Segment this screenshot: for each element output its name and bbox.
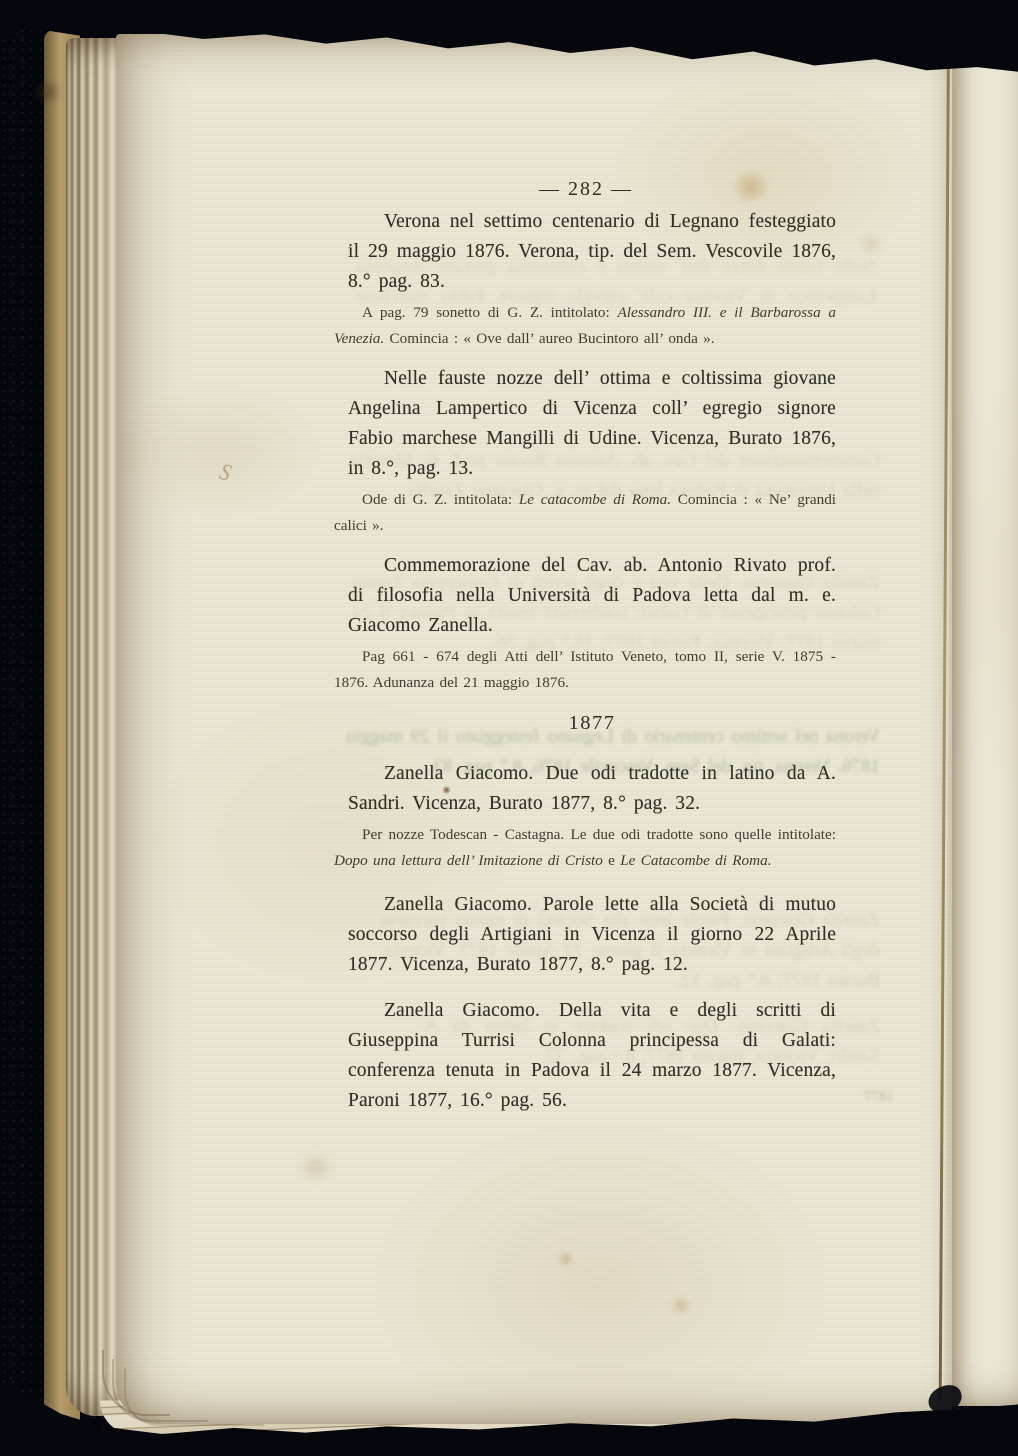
page-text-column: — 282 — Verona nel settimo centenario di… bbox=[348, 178, 836, 1116]
paper-stain bbox=[556, 1252, 576, 1266]
entry-nozze-lampertico: Nelle fauste nozze dell’ ottima e coltis… bbox=[348, 364, 836, 484]
note-text: e bbox=[603, 852, 620, 869]
book-page-282: Nelle fauste nozze dell’ ottima e coltis… bbox=[116, 34, 952, 1424]
year-heading: 1877 bbox=[348, 712, 836, 735]
page-number: — 282 — bbox=[342, 178, 830, 201]
note-text: A pag. 79 sonetto di G. Z. intitolato: bbox=[362, 304, 617, 321]
note-text: Pag 661 - 674 degli Atti dell’ Istituto … bbox=[334, 648, 836, 691]
note-title-italic: Le Catacombe di Roma. bbox=[620, 852, 771, 869]
entry-note: A pag. 79 sonetto di G. Z. intitolato: A… bbox=[334, 300, 836, 352]
facing-page-sliver bbox=[952, 30, 1018, 1406]
entry-parole-artigiani: Zanella Giacomo. Parole lette alla Socie… bbox=[348, 890, 836, 980]
paper-stain bbox=[296, 1154, 336, 1180]
note-text: Ode di G. Z. intitolata: bbox=[362, 491, 519, 508]
entry-verona-centenario: Verona nel settimo centenario di Legnano… bbox=[348, 207, 836, 297]
marginalia-squiggle: S bbox=[216, 457, 234, 488]
entry-note: Ode di G. Z. intitolata: Le catacombe di… bbox=[334, 487, 836, 539]
note-title-italic: Le catacombe di Roma. bbox=[519, 491, 671, 508]
note-text: Per nozze Todescan - Castagna. Le due od… bbox=[362, 826, 836, 843]
entry-due-odi: Zanella Giacomo. Due odi tradotte in lat… bbox=[348, 759, 836, 819]
entry-commemorazione-rivato: Commemorazione del Cav. ab. Antonio Riva… bbox=[348, 551, 836, 641]
entry-note: Pag 661 - 674 degli Atti dell’ Istituto … bbox=[334, 644, 836, 696]
entry-note: Per nozze Todescan - Castagna. Le due od… bbox=[334, 822, 836, 874]
bottom-corner-page-edge bbox=[124, 1368, 264, 1426]
paper-stain bbox=[856, 234, 886, 254]
photographed-book-scan: { "page": { "number": "— 282 —", "sectio… bbox=[0, 0, 1018, 1456]
paper-stain bbox=[668, 1296, 694, 1314]
entry-turrisi-colonna: Zanella Giacomo. Della vita e degli scri… bbox=[348, 996, 836, 1116]
note-text: Comincia : « Ove dall’ aureo Bucintoro a… bbox=[384, 330, 714, 347]
note-title-italic: Dopo una lettura dell’ Imitazione di Cri… bbox=[334, 852, 603, 869]
